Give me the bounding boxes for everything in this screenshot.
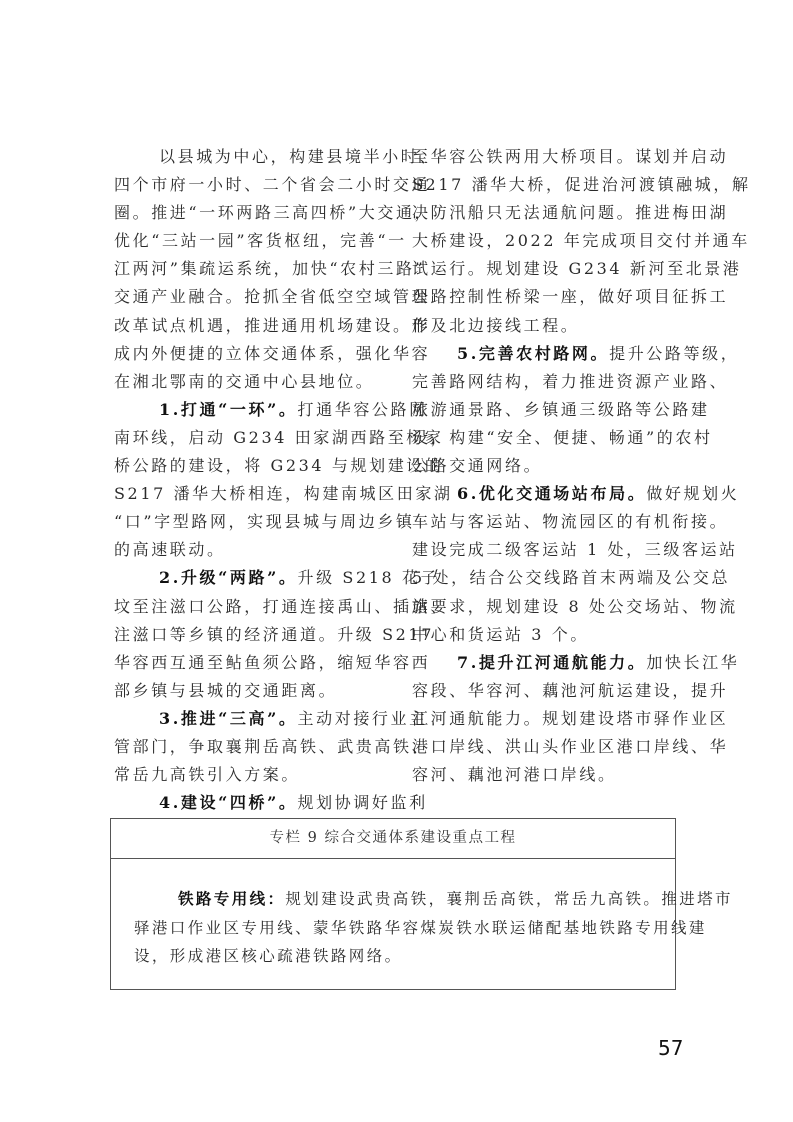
line-text: S217 潘华大桥相连，构建南城区田家湖 [114,484,453,503]
line-text: 加快长江华 [646,653,739,672]
line-text: 江两河”集疏运系统，加快“农村三路” [114,259,425,278]
text-line: 铁路专用线：规划建设武贵高铁，襄荆岳高铁，常岳九高铁。推进塔市 [134,885,675,914]
line-text: 桥公路的建设，将 G234 与规划建设的 [114,456,444,475]
page-number: 57 [658,1036,683,1060]
line-text: 坟至注滋口公路，打通连接禹山、插旗、 [114,597,449,616]
feature-box: 专栏 9 综合交通体系建设重点工程 铁路专用线：规划建设武贵高铁，襄荆岳高铁，常… [110,818,676,990]
item-heading: 6.优化交通场站布局。 [457,484,646,503]
text-line: 车站与客运站、物流园区的有机衔接。 [412,508,684,536]
text-line: 交通产业融合。抢抓全省低空空域管理 [114,283,386,311]
text-line: 改革试点机遇，推进通用机场建设。形 [114,312,386,340]
line-text: 中心和货运站 3 个。 [412,625,589,644]
text-line: 大桥建设，2022 年完成项目交付并通车 [412,227,684,255]
text-line: 公路交通网络。 [412,452,684,480]
line-text: 江河通航能力。规划建设塔市驿作业区 [412,709,728,728]
line-text: 设，形成港区核心疏港铁路网络。 [134,947,403,965]
text-line: 注滋口等乡镇的经济通道。升级 S217 [114,621,386,649]
item-heading: 4.建设“四桥”。 [159,793,298,812]
feature-box-body: 铁路专用线：规划建设武贵高铁，襄荆岳高铁，常岳九高铁。推进塔市驿港口作业区专用线… [111,859,675,971]
line-text: 决防汛船只无法通航问题。推进梅田湖 [412,203,728,222]
line-text: 港口岸线、洪山头作业区港口岸线、华 [412,737,728,756]
item-heading: 1.打通“一环”。 [159,400,298,419]
text-line: 管部门，争取襄荆岳高铁、武贵高铁、 [114,733,386,761]
line-text: 在湘北鄂南的交通中心县地位。 [114,372,374,391]
line-text: 试运行。规划建设 G234 新河至北景港 [412,259,742,278]
line-text: 的高速联动。 [114,540,226,559]
line-text: 容河、藕池河港口岸线。 [412,765,617,784]
text-line: 的高速联动。 [114,536,386,564]
line-text: 5 处，结合公交线路首末两端及公交总 [412,568,730,587]
line-text: 容段、华容河、藕池河航运建设，提升 [412,681,728,700]
text-line: 在湘北鄂南的交通中心县地位。 [114,368,386,396]
line-text: 公路控制性桥梁一座，做好项目征拆工 [412,287,728,306]
text-line: 容河、藕池河港口岸线。 [412,761,684,789]
item-heading: 7.提升江河通航能力。 [457,653,646,672]
text-line: 6.优化交通场站布局。做好规划火 [412,480,684,508]
text-line: 4.建设“四桥”。规划协调好监利 [114,789,386,817]
line-text: 成内外便捷的立体交通体系，强化华容 [114,344,430,363]
line-text: 至华容公铁两用大桥项目。谋划并启动 [412,147,728,166]
line-text: 站要求，规划建设 8 处公交场站、物流 [412,597,738,616]
line-text: 规划建设武贵高铁，襄荆岳高铁，常岳九高铁。推进塔市 [285,890,733,908]
line-text: 提升公路等级， [609,344,739,363]
text-line: 优化“三站一园”客货枢纽，完善“一 [114,227,386,255]
line-text: 优化“三站一园”客货枢纽，完善“一 [114,231,407,250]
text-line: 设，形成港区核心疏港铁路网络。 [134,942,675,971]
line-text: 旅游通景路、乡镇通三级路等公路建 [412,400,710,419]
text-line: 1.打通“一环”。打通华容公路网 [114,396,386,424]
text-line: 以县城为中心，构建县境半小时、 [114,143,386,171]
line-text: 规划协调好监利 [298,793,428,812]
text-line: 坟至注滋口公路，打通连接禹山、插旗、 [114,593,386,621]
item-heading: 2.升级“两路”。 [159,568,298,587]
line-text: 改革试点机遇，推进通用机场建设。形 [114,316,430,335]
text-line: 容段、华容河、藕池河航运建设，提升 [412,677,684,705]
line-text: 华容西互通至鲇鱼须公路，缩短华容西 [114,653,430,672]
line-text: 四个市府一小时、二个省会二小时交通 [114,175,430,194]
text-line: 决防汛船只无法通航问题。推进梅田湖 [412,199,684,227]
text-line: 江河通航能力。规划建设塔市驿作业区 [412,705,684,733]
text-line: 桥公路的建设，将 G234 与规划建设的 [114,452,386,480]
line-text: 驿港口作业区专用线、蒙华铁路华容煤炭铁水联运储配基地铁路专用线建 [134,919,707,937]
text-line: 南环线，启动 G234 田家湖西路至杨家 [114,424,386,452]
text-line: 5 处，结合公交线路首末两端及公交总 [412,564,684,592]
text-line: 公路控制性桥梁一座，做好项目征拆工 [412,283,684,311]
feature-box-title: 专栏 9 综合交通体系建设重点工程 [111,819,675,859]
line-text: 以县城为中心，构建县境半小时、 [159,147,438,166]
text-line: 完善路网结构，着力推进资源产业路、 [412,368,684,396]
text-line: 中心和货运站 3 个。 [412,621,684,649]
line-text: 管部门，争取襄荆岳高铁、武贵高铁、 [114,737,430,756]
text-line: 5.完善农村路网。提升公路等级， [412,340,684,368]
line-text: 打通华容公路网 [298,400,428,419]
text-line: 常岳九高铁引入方案。 [114,761,386,789]
text-line: 7.提升江河通航能力。加快长江华 [412,649,684,677]
text-line: “口”字型路网，实现县城与周边乡镇 [114,508,386,536]
item-heading: 3.推进“三高”。 [159,709,298,728]
line-text: 圈。推进“一环两路三高四桥”大交通， [114,203,433,222]
line-text: S217 潘华大桥，促进治河渡镇融城，解 [412,175,751,194]
text-line: 部乡镇与县城的交通距离。 [114,677,386,705]
text-line: 江两河”集疏运系统，加快“农村三路” [114,255,386,283]
right-column: 至华容公铁两用大桥项目。谋划并启动S217 潘华大桥，促进治河渡镇融城，解决防汛… [412,143,684,789]
text-line: 至华容公铁两用大桥项目。谋划并启动 [412,143,684,171]
text-line: 建设完成二级客运站 1 处，三级客运站 [412,536,684,564]
line-text: 大桥建设，2022 年完成项目交付并通车 [412,231,750,250]
left-column: 以县城为中心，构建县境半小时、四个市府一小时、二个省会二小时交通圈。推进“一环两… [114,143,386,817]
line-text: 作及北边接线工程。 [412,316,579,335]
text-line: 华容西互通至鲇鱼须公路，缩短华容西 [114,649,386,677]
text-line: 站要求，规划建设 8 处公交场站、物流 [412,593,684,621]
line-text: “口”字型路网，实现县城与周边乡镇 [114,512,415,531]
line-text: 车站与客运站、物流园区的有机衔接。 [412,512,728,531]
line-text: 完善路网结构，着力推进资源产业路、 [412,372,728,391]
line-text: 做好规划火 [646,484,739,503]
item-heading: 铁路专用线： [178,889,285,908]
text-line: 成内外便捷的立体交通体系，强化华容 [114,340,386,368]
text-line: 四个市府一小时、二个省会二小时交通 [114,171,386,199]
line-text: 主动对接行业主 [298,709,428,728]
text-line: 驿港口作业区专用线、蒙华铁路华容煤炭铁水联运储配基地铁路专用线建 [134,914,675,943]
text-line: 旅游通景路、乡镇通三级路等公路建 [412,396,684,424]
line-text: 公路交通网络。 [412,456,542,475]
text-line: 圈。推进“一环两路三高四桥”大交通， [114,199,386,227]
text-line: 港口岸线、洪山头作业区港口岸线、华 [412,733,684,761]
text-line: 2.升级“两路”。升级 S218 花子 [114,564,386,592]
text-line: 作及北边接线工程。 [412,312,684,340]
text-line: S217 潘华大桥相连，构建南城区田家湖 [114,480,386,508]
line-text: 设，构建“安全、便捷、畅通”的农村 [412,428,713,447]
text-line: S217 潘华大桥，促进治河渡镇融城，解 [412,171,684,199]
line-text: 南环线，启动 G234 田家湖西路至杨家 [114,428,444,447]
line-text: 常岳九高铁引入方案。 [114,765,300,784]
line-text: 注滋口等乡镇的经济通道。升级 S217 [114,625,434,644]
line-text: 建设完成二级客运站 1 处，三级客运站 [412,540,738,559]
item-heading: 5.完善农村路网。 [457,344,609,363]
text-line: 设，构建“安全、便捷、畅通”的农村 [412,424,684,452]
line-text: 部乡镇与县城的交通距离。 [114,681,337,700]
text-line: 试运行。规划建设 G234 新河至北景港 [412,255,684,283]
text-line: 3.推进“三高”。主动对接行业主 [114,705,386,733]
line-text: 交通产业融合。抢抓全省低空空域管理 [114,287,430,306]
